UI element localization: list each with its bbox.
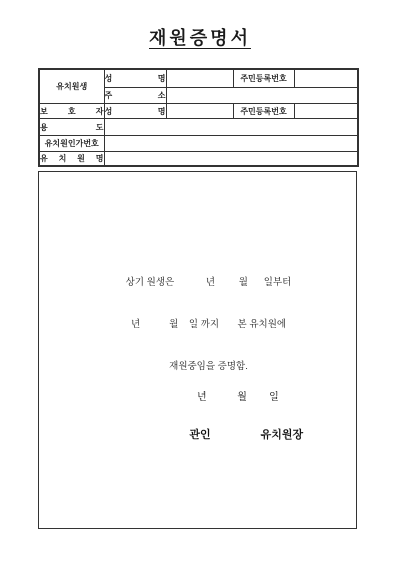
- table-row-kindergarten-name: 유 치 원 명: [39, 152, 358, 167]
- table-row-student-name: 유치원생 성 명 주민등록번호: [39, 69, 358, 88]
- statement-text: 상기 원생은 년 월 일부터 년 월 일 까지 본 유치원에 재원중임을 증명함…: [39, 248, 356, 402]
- student-rrn-label: 주민등록번호: [233, 69, 294, 88]
- table-row-guardian: 보 호 자 성 명 주민등록번호: [39, 104, 358, 119]
- license-number-label: 유치원인가번호: [39, 136, 104, 152]
- guardian-group-label: 보 호 자: [39, 104, 104, 119]
- applicant-info-table: 유치원생 성 명 주민등록번호 주 소 보 호 자 성 명 주민등록번호 용 도: [38, 68, 359, 167]
- license-number-value-cell: [104, 136, 358, 152]
- official-seal-label: 관인: [189, 429, 210, 441]
- kindergarten-name-value-cell: [104, 152, 358, 167]
- purpose-label: 용 도: [39, 119, 104, 136]
- statement-line-2: 년 월 일 까지 본 유치원에: [61, 318, 356, 332]
- purpose-value-cell: [104, 119, 358, 136]
- guardian-rrn-value-cell: [294, 104, 358, 119]
- student-address-label: 주 소: [104, 88, 166, 104]
- issue-date-line: 년 월 일: [197, 388, 279, 403]
- statement-line-3: 재원중임을 증명함.: [61, 360, 356, 374]
- guardian-name-value-cell: [166, 104, 233, 119]
- signature-line: 관인유치원장: [171, 414, 303, 454]
- student-rrn-value-cell: [294, 69, 358, 88]
- student-address-value-cell: [166, 88, 358, 104]
- table-row-license-number: 유치원인가번호: [39, 136, 358, 152]
- guardian-name-label: 성 명: [104, 104, 166, 119]
- kindergarten-name-label: 유 치 원 명: [39, 152, 104, 167]
- statement-box: 상기 원생은 년 월 일부터 년 월 일 까지 본 유치원에 재원중임을 증명함…: [38, 171, 357, 529]
- kindergarten-director-label: 유치원장: [261, 429, 304, 441]
- student-name-value-cell: [166, 69, 233, 88]
- statement-line-1: 상기 원생은 년 월 일부터: [61, 276, 356, 290]
- page-title: 재원증명서: [0, 24, 400, 50]
- certificate-page: 재원증명서 유치원생 성 명 주민등록번호 주 소 보 호 자 성 명: [0, 0, 400, 565]
- guardian-rrn-label: 주민등록번호: [233, 104, 294, 119]
- student-name-label: 성 명: [104, 69, 166, 88]
- student-group-label: 유치원생: [39, 69, 104, 104]
- table-row-purpose: 용 도: [39, 119, 358, 136]
